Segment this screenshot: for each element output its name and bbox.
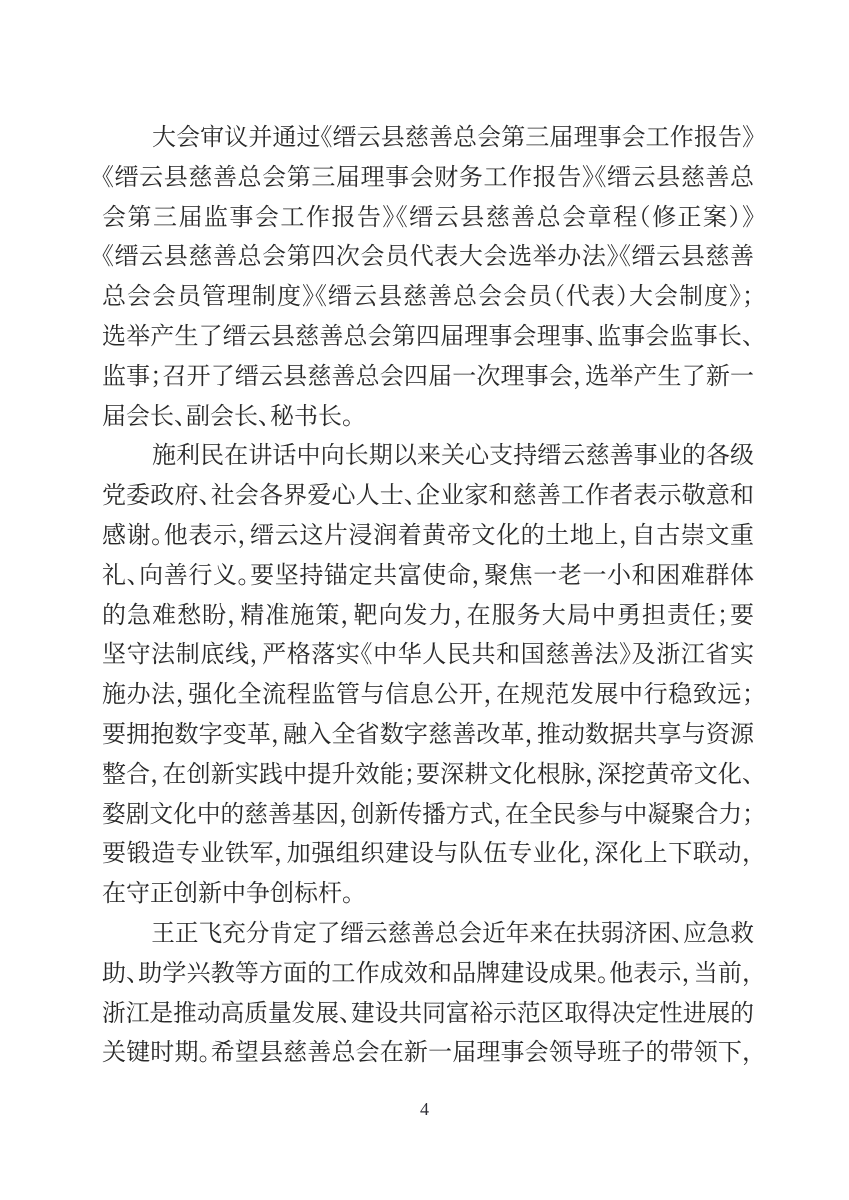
page-number: 4 (0, 1097, 849, 1121)
text-line: 感谢。他表示，缙云这片浸润着黄帝文化的土地上，自古崇文重 (102, 517, 754, 557)
text-line: 婺剧文化中的慈善基因，创新传播方式，在全民参与中凝聚合力； (102, 796, 746, 836)
text-line: 监事；召开了缙云县慈善总会四届一次理事会，选举产生了新一 (102, 358, 754, 398)
text-line: 在守正创新中争创标杆。 (102, 875, 754, 915)
text-line: 施办法，强化全流程监管与信息公开，在规范发展中行稳致远； (102, 676, 754, 716)
text-line: 《缙云县慈善总会第四次会员代表大会选举办法》《缙云县慈善 (102, 238, 754, 278)
document-page: 大会审议并通过《缙云县慈善总会第三届理事会工作报告》《缙云县慈善总会第三届理事会… (0, 0, 849, 1200)
text-line: 整合，在创新实践中提升效能；要深耕文化根脉，深挖黄帝文化、 (102, 756, 754, 796)
text-line: 党委政府、社会各界爱心人士、企业家和慈善工作者表示敬意和 (102, 477, 754, 517)
text-line: 要锻造专业铁军，加强组织建设与队伍专业化，深化上下联动， (102, 835, 754, 875)
text-line: 礼、向善行义。要坚持锚定共富使命，聚焦一老一小和困难群体 (102, 557, 754, 597)
text-line: 王正飞充分肯定了缙云慈善总会近年来在扶弱济困、应急救 (102, 915, 744, 955)
text-line: 要拥抱数字变革，融入全省数字慈善改革，推动数据共享与资源 (102, 716, 754, 756)
text-line: 坚守法制底线，严格落实《中华人民共和国慈善法》及浙江省实 (102, 636, 754, 676)
text-line: 《缙云县慈善总会第三届理事会财务工作报告》《缙云县慈善总 (102, 159, 754, 199)
paragraph: 大会审议并通过《缙云县慈善总会第三届理事会工作报告》《缙云县慈善总会第三届理事会… (102, 119, 754, 437)
text-line: 的急难愁盼，精准施策，靶向发力，在服务大局中勇担责任；要 (102, 597, 754, 637)
paragraph: 施利民在讲话中向长期以来关心支持缙云慈善事业的各级党委政府、社会各界爱心人士、企… (102, 437, 754, 915)
text-line: 助、助学兴教等方面的工作成效和品牌建设成果。他表示，当前， (102, 955, 754, 995)
text-line: 大会审议并通过《缙云县慈善总会第三届理事会工作报告》 (102, 119, 754, 159)
text-line: 届会长、副会长、秘书长。 (102, 398, 754, 438)
text-line: 关键时期。希望县慈善总会在新一届理事会领导班子的带领下， (102, 1034, 754, 1074)
text-line: 总会会员管理制度》《缙云县慈善总会会员（代表）大会制度》； (102, 278, 754, 318)
text-line: 施利民在讲话中向长期以来关心支持缙云慈善事业的各级 (102, 437, 754, 477)
text-line: 会第三届监事会工作报告》《缙云县慈善总会章程（修正案）》 (102, 199, 754, 239)
text-line: 选举产生了缙云县慈善总会第四届理事会理事、监事会监事长、 (102, 318, 754, 358)
document-body: 大会审议并通过《缙云县慈善总会第三届理事会工作报告》《缙云县慈善总会第三届理事会… (102, 119, 754, 1074)
paragraph: 王正飞充分肯定了缙云慈善总会近年来在扶弱济困、应急救助、助学兴教等方面的工作成效… (102, 915, 754, 1074)
text-line: 浙江是推动高质量发展、建设共同富裕示范区取得决定性进展的 (102, 995, 746, 1035)
